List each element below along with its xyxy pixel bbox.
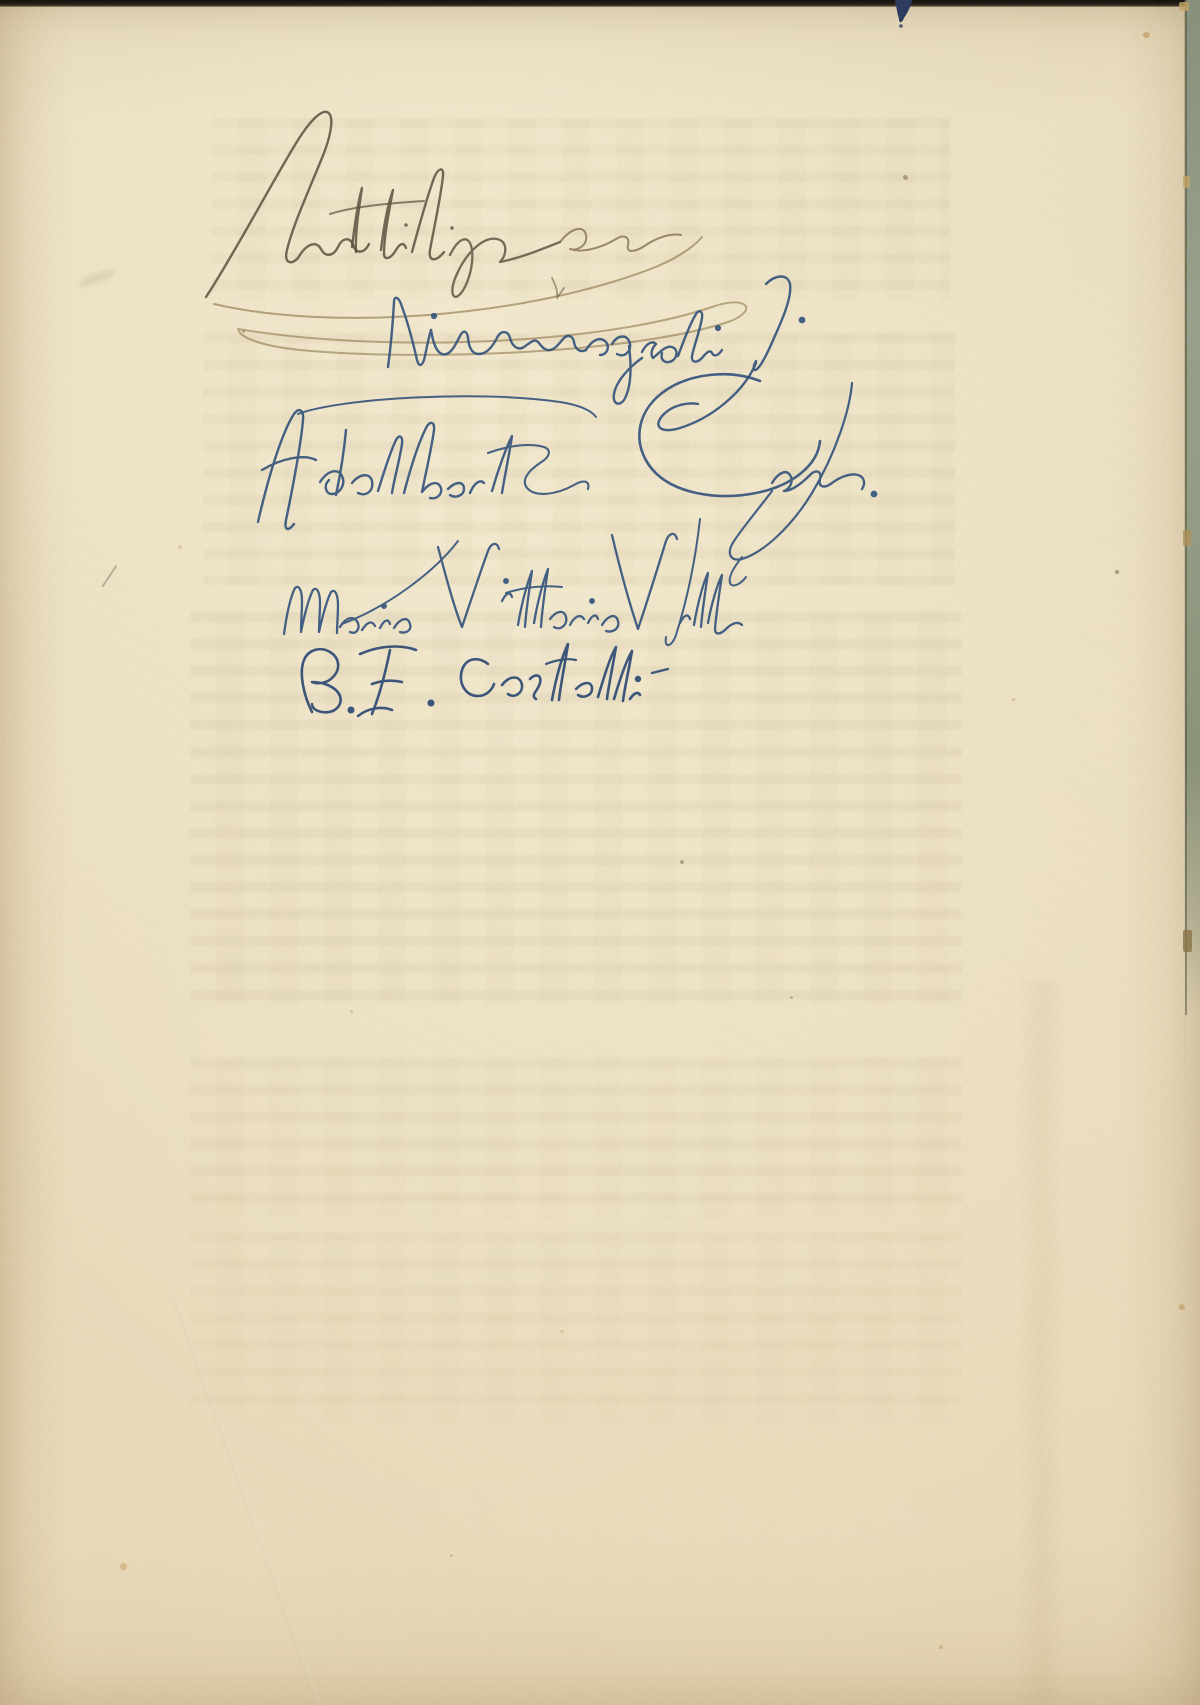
foxing-spot [242,330,245,333]
scanned-page [0,0,1200,1705]
paper-grain [0,0,1200,1705]
foxing-spot [560,1330,564,1333]
signature-1 [0,0,1200,1705]
foxing-spot [1143,32,1150,38]
foxing-spot [450,1554,453,1557]
pen-scratch-mark [101,565,117,587]
foxing-spot [903,175,908,180]
edge-notch [1183,530,1191,546]
signature-2 [0,0,1200,1705]
foxing-spot [790,996,793,999]
ink-blot-top [0,0,1200,1705]
book-edge-top [0,0,1200,7]
foxing-spot [1115,570,1119,574]
foxing-spot [120,1563,127,1570]
foxing-spot [350,1010,353,1013]
shading-band [1018,980,1064,1705]
foxing-spot [680,860,684,864]
foxing-spot [178,545,182,549]
edge-notch [1179,2,1189,11]
page-crease [172,1294,321,1705]
page-crease [3,1472,59,1551]
edge-notch [1183,176,1190,188]
signature-4 [0,0,1200,1705]
signature-3 [0,0,1200,1705]
foxing-spot [1179,1304,1185,1310]
showthrough-text-block [212,118,950,300]
signature-5 [0,0,1200,1705]
foxing-spot [1012,698,1015,701]
showthrough-text-block [190,1232,962,1422]
showthrough-text-block [203,333,955,585]
showthrough-text-block [190,612,962,1004]
edge-notch [1183,930,1192,952]
showthrough-text-block [190,1058,962,1218]
book-cover-edge-right [1185,0,1200,1015]
smudge-mark [76,267,117,290]
foxing-spot [939,1645,943,1649]
